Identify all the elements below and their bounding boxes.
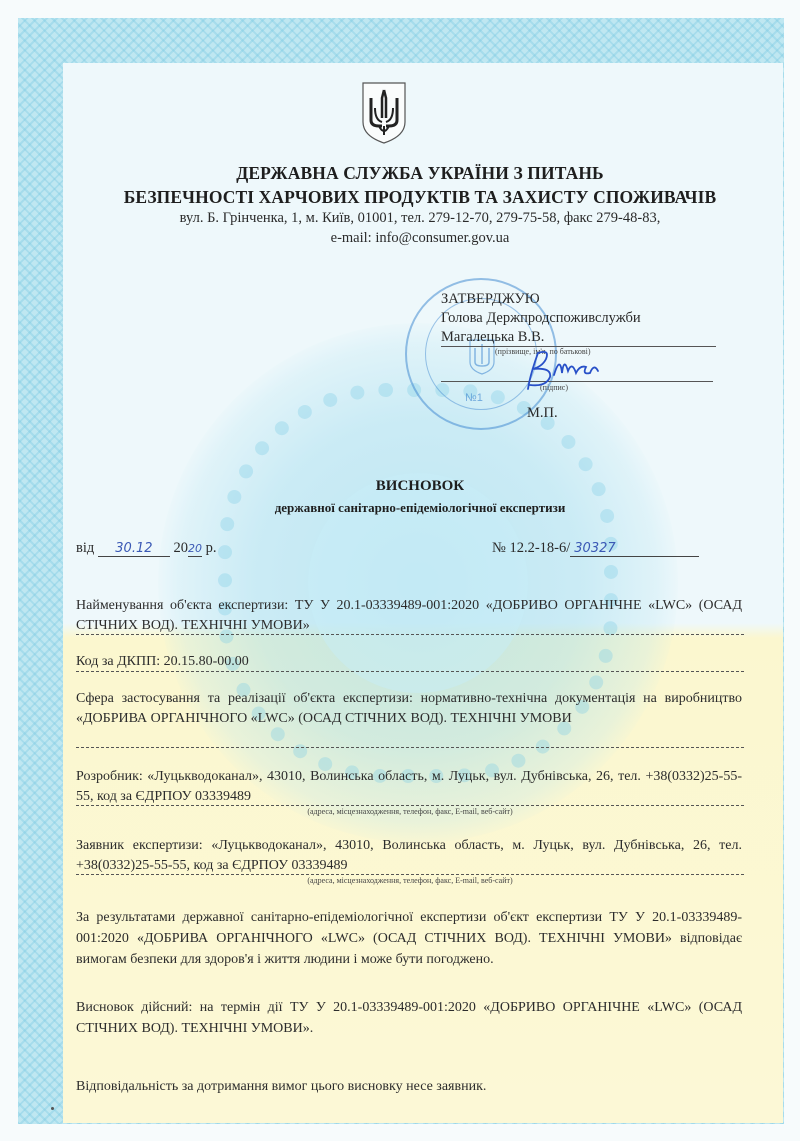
seal-place-label: М.П. xyxy=(527,405,558,422)
org-name-line1: ДЕРЖАВНА СЛУЖБА УКРАЇНИ З ПИТАНЬ xyxy=(20,163,800,184)
divider xyxy=(76,874,744,875)
validity-period: Висновок дійсний: на термін дії ТУ У 20.… xyxy=(76,997,742,1039)
approver-position: Голова Держпродспоживслужби xyxy=(441,310,641,327)
divider xyxy=(76,671,744,672)
stamp-number: №1 xyxy=(465,392,483,404)
divider xyxy=(76,805,744,806)
developer-caption: (адреса, місцезнаходження, телефон, факс… xyxy=(76,807,744,816)
approver-name: Магалецька В.В. xyxy=(441,329,544,346)
certificate-document: ДЕРЖАВНА СЛУЖБА УКРАЇНИ З ПИТАНЬ БЕЗПЕЧН… xyxy=(0,0,800,1141)
org-name-line2: БЕЗПЕЧНОСТІ ХАРЧОВИХ ПРОДУКТІВ ТА ЗАХИСТ… xyxy=(20,187,800,208)
applicant-caption: (адреса, місцезнаходження, телефон, факс… xyxy=(76,876,744,885)
number-handwritten: 30327 xyxy=(570,541,699,557)
dkpp-code: Код за ДКПП: 20.15.80-00.00 xyxy=(76,652,742,672)
document-title: ВИСНОВОК xyxy=(20,478,800,495)
date-field: від 30.12 2020 р. xyxy=(76,540,217,557)
divider xyxy=(76,747,744,748)
expertise-result: За результатами державної санітарно-епід… xyxy=(76,907,742,970)
object-name: Найменування об'єкта експертизи: ТУ У 20… xyxy=(76,596,742,636)
date-prefix: від xyxy=(76,540,94,556)
year-prefix: 20 xyxy=(174,540,189,556)
scan-speck xyxy=(51,1107,54,1110)
year-suffix: р. xyxy=(206,540,217,556)
approve-label: ЗАТВЕРДЖУЮ xyxy=(441,291,540,308)
document-subtitle: державної санітарно-епідеміологічної екс… xyxy=(20,500,800,516)
applicant: Заявник експертизи: «Луцькводоканал», 43… xyxy=(76,836,742,876)
number-field: № 12.2-18-6/30327 xyxy=(492,540,699,557)
scope: Сфера застосування та реалізації об'єкта… xyxy=(76,689,742,729)
year-handwritten: 20 xyxy=(188,541,202,557)
org-address: вул. Б. Грінченка, 1, м. Київ, 01001, те… xyxy=(20,210,800,227)
developer: Розробник: «Луцькводоканал», 43010, Воли… xyxy=(76,767,742,807)
date-handwritten: 30.12 xyxy=(98,541,170,557)
divider xyxy=(76,634,744,635)
number-prefix: № 12.2-18-6/ xyxy=(492,540,570,556)
responsibility-note: Відповідальність за дотримання вимог цьо… xyxy=(76,1077,742,1097)
org-email: e-mail: info@consumer.gov.ua xyxy=(20,230,800,247)
ukraine-trident-coat-of-arms-icon xyxy=(359,80,409,146)
handwritten-signature-icon xyxy=(520,345,620,395)
